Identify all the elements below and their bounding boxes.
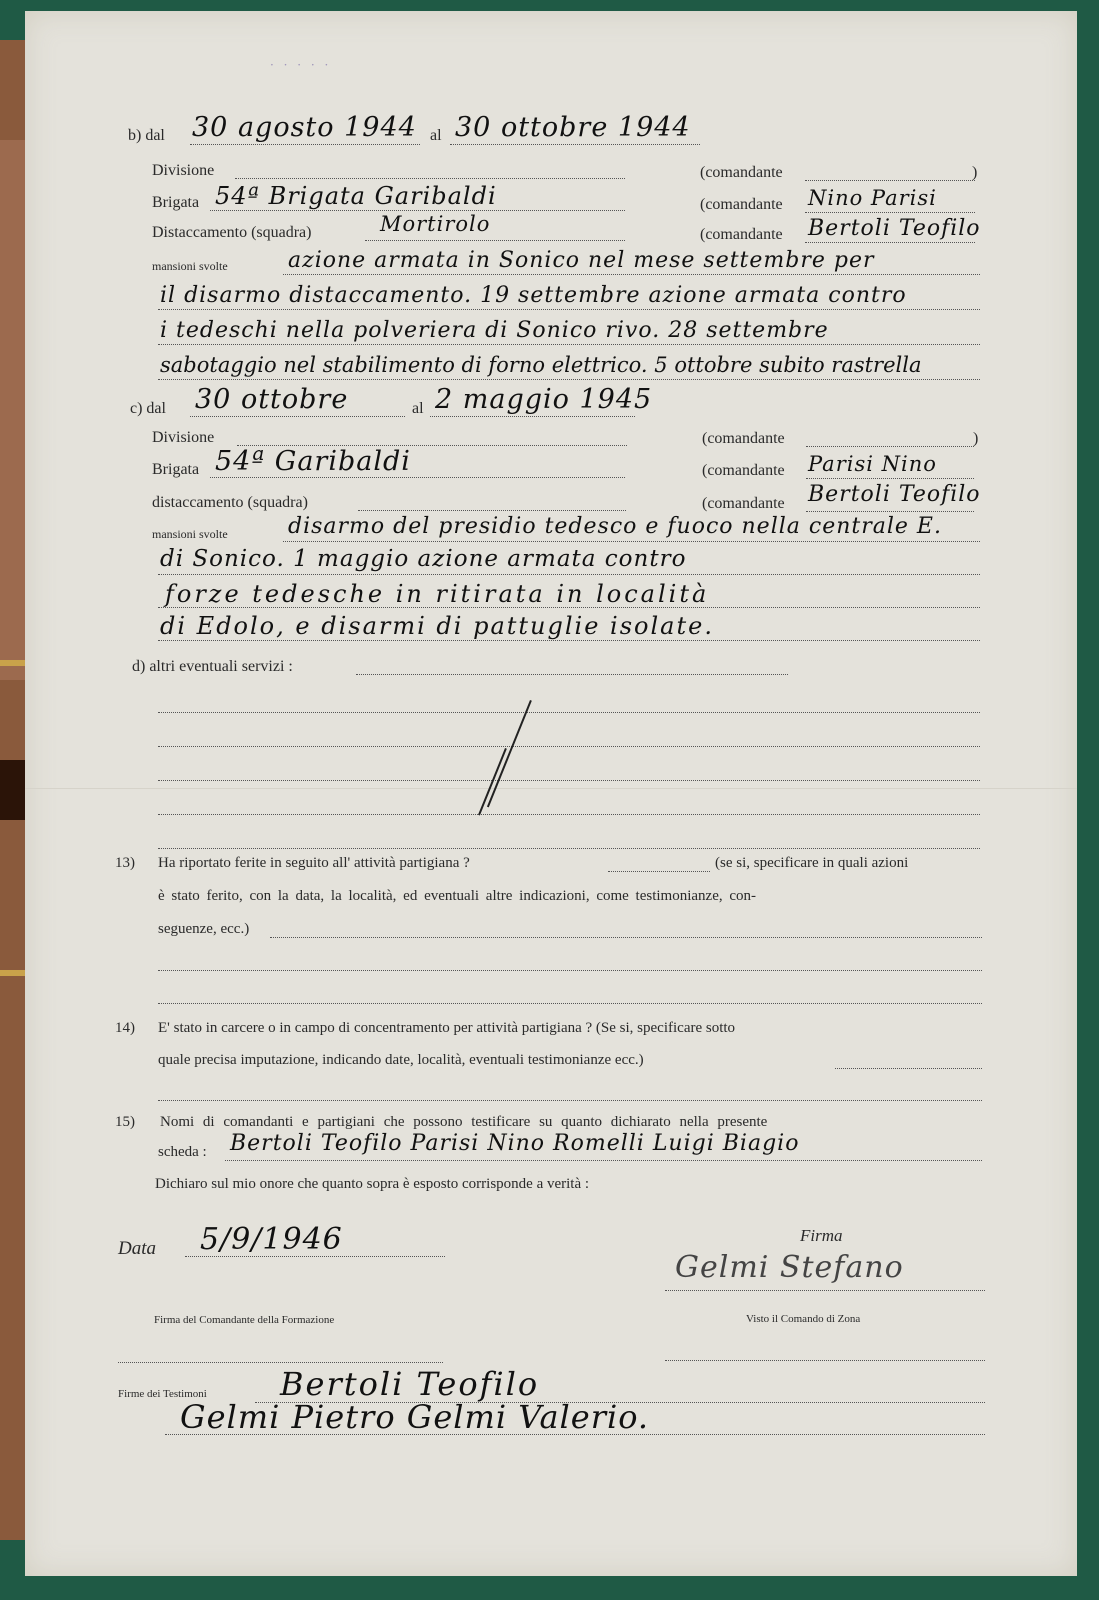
q15-names: Bertoli Teofilo Parisi Nino Romelli Luig… — [230, 1131, 799, 1156]
divisione-label: Divisione — [152, 429, 214, 447]
comandante-label: (comandante — [702, 462, 785, 480]
mansioni-line: il disarmo distaccamento. 19 settembre a… — [160, 283, 907, 308]
brigata-label: Brigata — [152, 461, 199, 479]
binder-edge — [0, 40, 26, 1540]
q14-number: 14) — [115, 1020, 135, 1037]
close-paren: ) — [973, 430, 978, 448]
brigata-comandante-value: Nino Parisi — [808, 186, 937, 210]
q13-text: seguenze, ecc.) — [158, 921, 249, 938]
section-d-label: d) altri eventuali servizi : — [132, 658, 293, 676]
mansioni-line: sabotaggio nel stabilimento di forno ele… — [160, 353, 921, 377]
section-b-marker: b) dal — [128, 127, 165, 145]
q14-text: E' stato in carcere o in campo di concen… — [158, 1020, 735, 1037]
q13-text: (se si, specificare in quali azioni — [715, 855, 908, 872]
brigata-value: 54ª Garibaldi — [215, 446, 411, 477]
distaccamento-label: distaccamento (squadra) — [152, 494, 308, 512]
distaccamento-comandante-value: Bertoli Teofilo — [808, 482, 981, 507]
brigata-value: 54ª Brigata Garibaldi — [215, 182, 497, 210]
distaccamento-comandante-value: Bertoli Teofilo — [808, 216, 981, 241]
firma-comandante-label: Firma del Comandante della Formazione — [154, 1314, 334, 1326]
brigata-comandante-value: Parisi Nino — [808, 452, 937, 476]
date-value: 5/9/1946 — [200, 1222, 343, 1257]
mansioni-label: mansioni svolte — [152, 259, 228, 274]
comandante-label: (comandante — [702, 430, 785, 448]
close-paren: ) — [972, 164, 977, 182]
mansioni-line: i tedeschi nella polveriera di Sonico ri… — [160, 318, 829, 343]
q13-number: 13) — [115, 855, 135, 872]
distaccamento-value: Mortirolo — [380, 212, 490, 236]
declaration: Dichiaro sul mio onore che quanto sopra … — [155, 1176, 589, 1193]
q14-text: quale precisa imputazione, indicando dat… — [158, 1052, 644, 1069]
comandante-label: (comandante — [702, 495, 785, 513]
q13-text: è stato ferito, con la data, la località… — [158, 888, 756, 905]
section-b-to: 30 ottobre 1944 — [455, 112, 691, 143]
form-sheet — [25, 11, 1077, 1576]
brigata-label: Brigata — [152, 194, 199, 212]
ink-stamp: · · · · · — [270, 58, 450, 80]
mansioni-line: disarmo del presidio tedesco e fuoco nel… — [288, 514, 942, 539]
mansioni-line: azione armata in Sonico nel mese settemb… — [288, 248, 875, 273]
mansioni-line: di Edolo, e disarmi di pattuglie isolate… — [160, 612, 714, 640]
paper-fold — [25, 788, 1077, 789]
comandante-label: (comandante — [700, 226, 783, 244]
mansioni-line: forze tedesche in ritirata in località — [165, 580, 709, 608]
comandante-label: (comandante — [700, 196, 783, 214]
q13-text: Ha riportato ferite in seguito all' atti… — [158, 855, 470, 872]
comandante-label: (comandante — [700, 164, 783, 182]
mansioni-label: mansioni svolte — [152, 527, 228, 542]
visto-comando-label: Visto il Comando di Zona — [746, 1313, 860, 1325]
section-c-from: 30 ottobre — [195, 384, 348, 415]
distaccamento-label: Distaccamento (squadra) — [152, 224, 311, 242]
q15-number: 15) — [115, 1114, 135, 1131]
section-c-to-label: al — [412, 400, 424, 418]
section-b-from: 30 agosto 1944 — [192, 112, 417, 143]
testimoni-signature: Gelmi Pietro Gelmi Valerio. — [180, 1398, 649, 1436]
section-c-to: 2 maggio 1945 — [435, 384, 652, 415]
section-b-to-label: al — [430, 127, 442, 145]
q15-scheda-label: scheda : — [158, 1144, 207, 1161]
firma-value: Gelmi Stefano — [675, 1250, 904, 1285]
date-label: Data — [118, 1238, 156, 1260]
divisione-label: Divisione — [152, 162, 214, 180]
q15-text: Nomi di comandanti e partigiani che poss… — [160, 1114, 767, 1131]
section-c-marker: c) dal — [130, 400, 166, 418]
mansioni-line: di Sonico. 1 maggio azione armata contro — [160, 546, 686, 572]
firma-label: Firma — [800, 1226, 843, 1246]
